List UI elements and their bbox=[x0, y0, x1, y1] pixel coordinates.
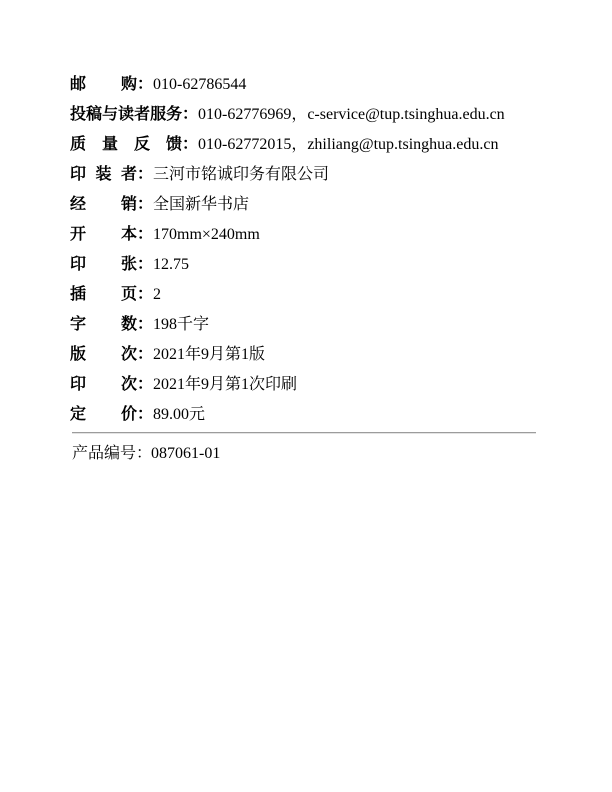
colophon-row-sheets: 印张：12.75 bbox=[0, 250, 612, 280]
field-value: 12.75 bbox=[153, 256, 189, 273]
field-value: 198千字 bbox=[153, 316, 209, 333]
field-label: 印次 bbox=[70, 370, 137, 400]
colophon-row-price: 定价：89.00元 bbox=[0, 400, 612, 430]
field-label: 质量反馈 bbox=[70, 130, 182, 160]
colon-separator: ： bbox=[137, 190, 151, 220]
field-value: 010-62772015，zhiliang@tup.tsinghua.edu.c… bbox=[198, 136, 498, 153]
colon-separator: ： bbox=[137, 370, 151, 400]
field-label: 开本 bbox=[70, 220, 137, 250]
field-label: 字数 bbox=[70, 310, 137, 340]
colon-separator: ： bbox=[136, 439, 148, 469]
colophon-row-edition: 版次：2021年9月第1版 bbox=[0, 340, 612, 370]
colophon-row-reader-service: 投稿与读者服务：010-62776969，c-service@tup.tsing… bbox=[0, 100, 612, 130]
divider-rule bbox=[72, 432, 536, 433]
colophon-row-inserts: 插页：2 bbox=[0, 280, 612, 310]
field-label: 定价 bbox=[70, 400, 137, 430]
product-number-value: 087061-01 bbox=[151, 445, 220, 462]
product-number-label: 产品编号 bbox=[72, 445, 136, 462]
colophon-row-quality-feedback: 质量反馈：010-62772015，zhiliang@tup.tsinghua.… bbox=[0, 130, 612, 160]
colon-separator: ： bbox=[137, 340, 151, 370]
product-number-row: 产品编号：087061-01 bbox=[0, 439, 612, 469]
field-value: 全国新华书店 bbox=[153, 196, 249, 213]
colon-separator: ： bbox=[137, 280, 151, 310]
field-label: 插页 bbox=[70, 280, 137, 310]
field-value: 三河市铭诚印务有限公司 bbox=[153, 166, 329, 183]
field-value: 2021年9月第1次印刷 bbox=[153, 376, 297, 393]
field-value: 170mm×240mm bbox=[153, 226, 260, 243]
field-value: 010-62776969，c-service@tup.tsinghua.edu.… bbox=[198, 106, 505, 123]
field-label: 经销 bbox=[70, 190, 137, 220]
colon-separator: ： bbox=[137, 250, 151, 280]
field-value: 89.00元 bbox=[153, 406, 205, 423]
colon-separator: ： bbox=[182, 100, 196, 130]
colon-separator: ： bbox=[137, 310, 151, 340]
colophon-row-impression: 印次：2021年9月第1次印刷 bbox=[0, 370, 612, 400]
colophon-block: 邮购：010-62786544 投稿与读者服务：010-62776969，c-s… bbox=[0, 70, 612, 469]
field-label: 印张 bbox=[70, 250, 137, 280]
field-label: 投稿与读者服务 bbox=[70, 100, 182, 130]
field-label: 印装者 bbox=[70, 160, 137, 190]
field-value: 2021年9月第1版 bbox=[153, 346, 265, 363]
colon-separator: ： bbox=[137, 220, 151, 250]
colophon-row-word-count: 字数：198千字 bbox=[0, 310, 612, 340]
colophon-row-distributor: 经销：全国新华书店 bbox=[0, 190, 612, 220]
colophon-row-printer: 印装者：三河市铭诚印务有限公司 bbox=[0, 160, 612, 190]
field-label: 版次 bbox=[70, 340, 137, 370]
field-value: 010-62786544 bbox=[153, 76, 246, 93]
colophon-row-mail-order: 邮购：010-62786544 bbox=[0, 70, 612, 100]
field-label: 邮购 bbox=[70, 70, 137, 100]
colon-separator: ： bbox=[137, 160, 151, 190]
colophon-row-format: 开本：170mm×240mm bbox=[0, 220, 612, 250]
colophon-page: 邮购：010-62786544 投稿与读者服务：010-62776969，c-s… bbox=[0, 0, 612, 792]
colon-separator: ： bbox=[137, 70, 151, 100]
colon-separator: ： bbox=[137, 400, 151, 430]
colon-separator: ： bbox=[182, 130, 196, 160]
field-value: 2 bbox=[153, 286, 161, 303]
